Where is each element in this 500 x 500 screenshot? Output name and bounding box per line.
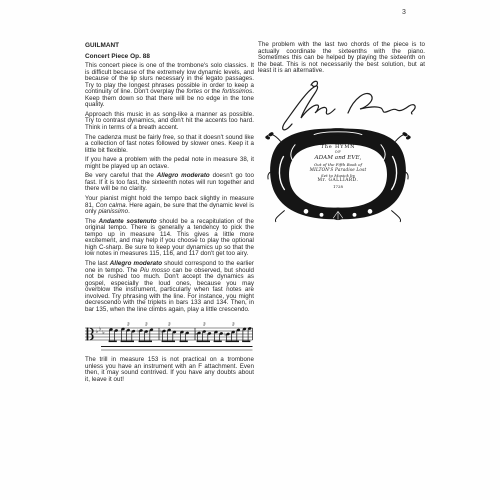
engraving-line: ADAM and EVE, (288, 155, 388, 162)
svg-text:♭: ♭ (224, 332, 226, 338)
scanned-book-page: { "page": { "number": "3" }, "header": {… (0, 0, 500, 500)
cartouche-title-text: The HYMN OF ADAM and EVE, Out of the Fif… (288, 144, 388, 206)
page-number: 3 (402, 9, 406, 16)
key-flat-icon: ♭ (99, 327, 102, 333)
paragraph-last-chords: The problem with the last two chords of … (258, 42, 425, 75)
svg-text:3: 3 (232, 322, 235, 327)
svg-text:3: 3 (127, 322, 130, 327)
paragraph-cadenza: The cadenza must be fairly free, so that… (85, 135, 254, 155)
author-signature (278, 78, 425, 128)
svg-text:3: 3 (145, 322, 148, 327)
paragraph-pedal-note: If you have a problem with the pedal not… (85, 157, 254, 170)
paragraph-trill-note: The trill in measure 153 is not practica… (85, 357, 254, 383)
key-flat-icon: ♭ (102, 330, 105, 336)
paragraph-con-calma: Your pianist might hold the tempo back s… (85, 196, 254, 216)
svg-text:♭: ♭ (160, 329, 162, 335)
svg-text:3: 3 (168, 322, 171, 327)
left-column: GUILMANT Concert Piece Op. 88 This conce… (85, 42, 254, 386)
paragraph-intro: This concert piece is one of the trombon… (85, 63, 254, 109)
sustain-lines (101, 347, 253, 351)
svg-text:♭: ♭ (137, 328, 139, 334)
paragraph-songlike: Approach this music in as song-like a ma… (85, 112, 254, 132)
right-column: The problem with the last two chords of … (258, 42, 425, 223)
piece-title-heading: Concert Piece Op. 88 (85, 53, 254, 60)
music-notes-layer: 3♭3♭3♭3♭3 (109, 322, 253, 343)
svg-text:3: 3 (203, 322, 206, 327)
paragraph-allegro: Be very careful that the Allegro moderat… (85, 173, 254, 193)
svg-text:♭: ♭ (195, 331, 197, 337)
paragraph-andante: The Andante sostenuto should be a recapi… (85, 219, 254, 258)
composer-heading: GUILMANT (85, 42, 254, 49)
engraving-cartouche: The HYMN OF ADAM and EVE, Out of the Fif… (264, 126, 412, 223)
paragraph-last-allegro: The last Allegro moderato should corresp… (85, 261, 254, 313)
key-flat-icon: ♭ (96, 329, 99, 335)
engraving-line: 1728 (288, 184, 388, 189)
music-staff-excerpt: ♭ ♭ ♭ 3♭3♭3♭3♭3 (85, 316, 254, 354)
